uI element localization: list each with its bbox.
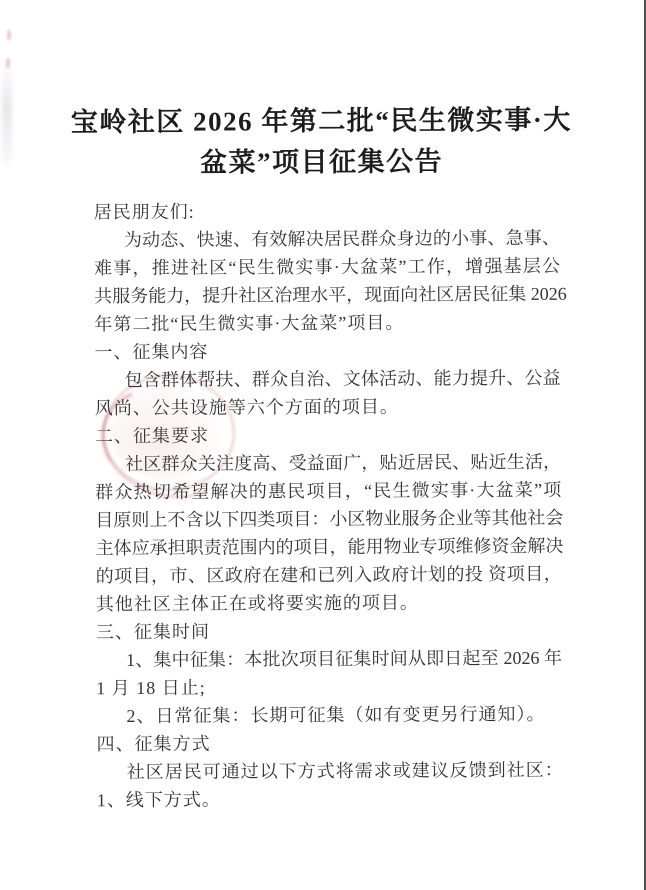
document-content: 宝岭社区 2026 年第二批“民生微实事·大 盆菜”项目征集公告 居民朋友们:为… <box>0 0 646 890</box>
scan-pink-mark-2 <box>6 58 10 68</box>
text-line: 四、征集方式 <box>96 728 562 758</box>
text-line: 难事，推进社区“民生微实事·大盆菜”工作，增强基层公 <box>94 252 560 282</box>
text-line: 三、征集时间 <box>96 616 562 646</box>
text-line: 1、线下方式。 <box>97 784 563 814</box>
text-line: 二、征集要求 <box>95 420 561 450</box>
text-line: 其他社区主体正在或将要实施的项目。 <box>96 588 562 618</box>
scan-smudge <box>2 62 12 167</box>
scanned-document-page: 宝岭社区 2026 年第二批“民生微实事·大 盆菜”项目征集公告 居民朋友们:为… <box>0 0 646 890</box>
text-line: 目原则上不含以下四类项目：小区物业服务企业等其他社会 <box>95 504 561 534</box>
text-line: 一、征集内容 <box>94 336 560 366</box>
document-title-line1: 宝岭社区 2026 年第二批“民生微实事·大 <box>38 100 604 144</box>
document-body: 居民朋友们:为动态、快速、有效解决居民群众身边的小事、急事、难事，推进社区“民生… <box>94 196 563 814</box>
text-line: 1、集中征集：本批次项目征集时间从即日起至 2026 年 <box>96 644 562 674</box>
text-line: 共服务能力，提升社区治理水平，现面向社区居民征集 2026 <box>94 280 560 310</box>
text-line: 1 月 18 日止; <box>96 672 562 702</box>
text-line: 群众热切希望解决的惠民项目，“民生微实事·大盆菜”项 <box>95 476 561 506</box>
text-line: 年第二批“民生微实事·大盆菜”项目。 <box>94 308 560 338</box>
text-line: 包含群体帮扶、群众自治、文体活动、能力提升、公益 <box>95 364 561 394</box>
document-title-line2: 盆菜”项目征集公告 <box>38 141 604 185</box>
text-line: 居民朋友们: <box>94 196 560 226</box>
text-line: 为动态、快速、有效解决居民群众身边的小事、急事、 <box>94 224 560 254</box>
text-line: 2、日常征集：长期可征集（如有变更另行通知）。 <box>96 700 562 730</box>
document-title: 宝岭社区 2026 年第二批“民生微实事·大 盆菜”项目征集公告 <box>38 100 604 185</box>
text-line: 社区居民可通过以下方式将需求或建议反馈到社区： <box>97 756 563 786</box>
text-line: 社区群众关注度高、受益面广，贴近居民、贴近生活， <box>95 448 561 478</box>
scan-pink-mark-1 <box>7 30 11 40</box>
text-line: 风尚、公共设施等六个方面的项目。 <box>95 392 561 422</box>
text-line: 主体应承担职责范围内的项目，能用物业专项维修资金解决 <box>95 532 561 562</box>
text-line: 的项目，市、区政府在建和已列入政府计划的投 资项目， <box>96 560 562 590</box>
